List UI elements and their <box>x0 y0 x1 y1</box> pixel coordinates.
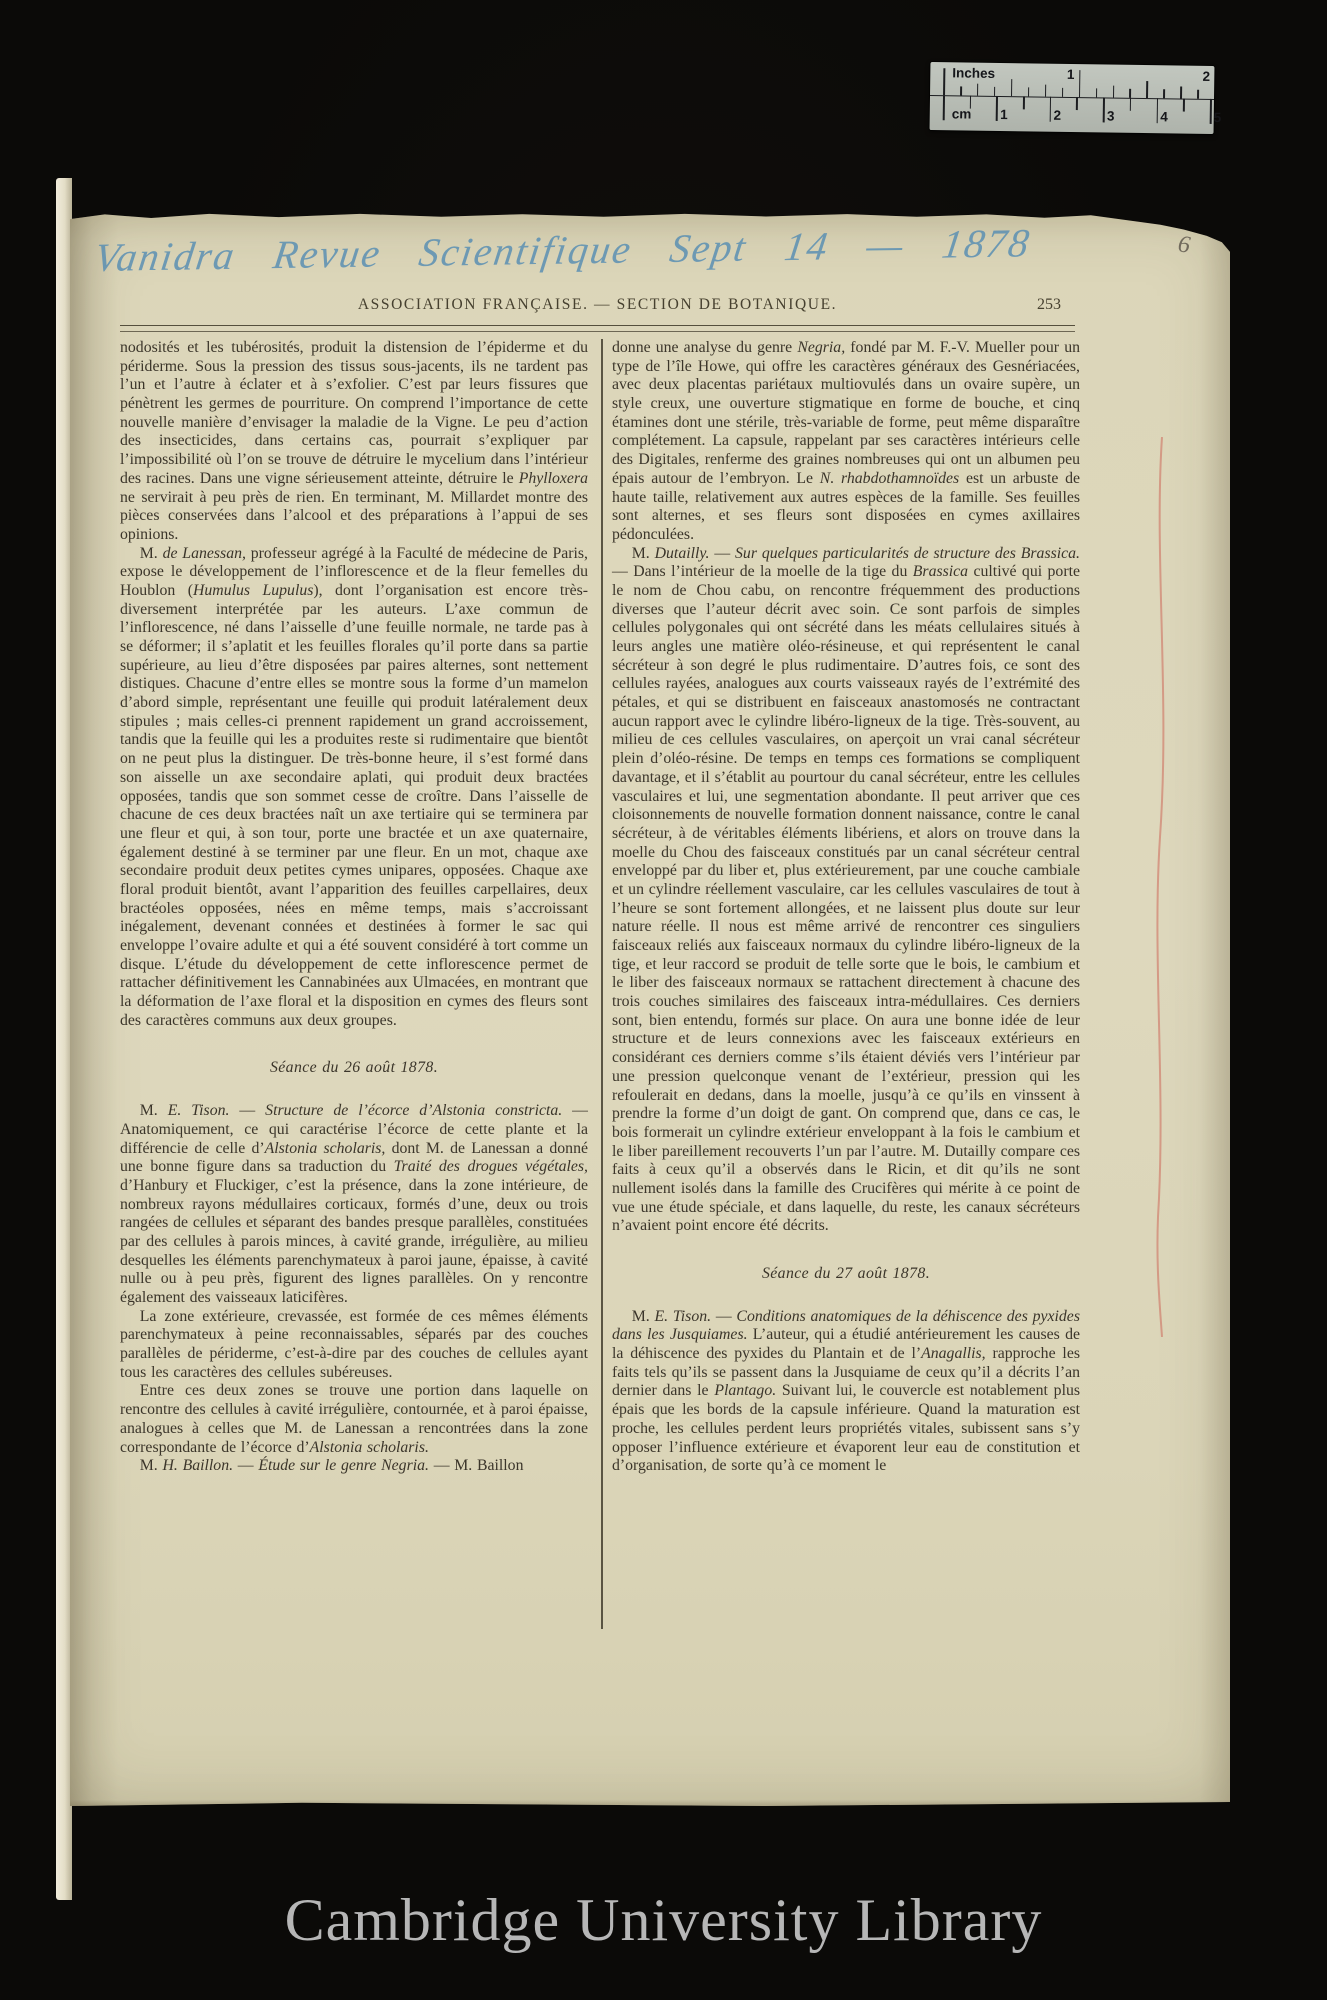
ruler-cm-number: 3 <box>1107 108 1115 123</box>
scan-background: { "scan": { "handwriting": "Vanidra Revu… <box>0 0 1327 2000</box>
page-edge-sliver <box>56 178 72 1900</box>
paragraph: M. E. Tison. — Structure de l’écorce d’A… <box>120 1102 588 1308</box>
paragraph: Entre ces deux zones se trouve une porti… <box>120 1382 588 1457</box>
ruler-cm-number: 2 <box>1053 108 1061 123</box>
ruler-tick <box>1028 87 1030 96</box>
ruler-tick <box>1163 89 1165 98</box>
ruler-tick <box>1076 97 1078 110</box>
ruler: Inches cm 1212345 <box>930 62 1215 134</box>
ruler-tick <box>1079 70 1081 97</box>
ruler-tick <box>977 84 979 96</box>
ruler-tick <box>1023 96 1025 109</box>
crease-line <box>1140 437 1180 1337</box>
ruler-cm-number: 1 <box>1000 107 1008 122</box>
ruler-tick <box>1180 87 1182 99</box>
session-heading: Séance du 26 août 1878. <box>120 1059 588 1078</box>
paragraph: M. E. Tison. — Conditions anatomiques de… <box>612 1308 1080 1476</box>
ruler-tick <box>996 96 998 121</box>
journal-page: Vanidra Revue Scientifique Sept 14 — 187… <box>70 212 1230 1806</box>
ruler-inch-number: 1 <box>1067 67 1075 82</box>
paragraph: nodosités et les tubérosités, produit la… <box>120 339 588 545</box>
running-header: ASSOCIATION FRANÇAISE. — SECTION DE BOTA… <box>120 296 1075 320</box>
ruler-tick <box>1045 85 1047 97</box>
ruler-tick <box>1096 88 1098 97</box>
ruler-tick <box>1183 99 1185 112</box>
ruler-tick <box>1210 99 1212 124</box>
ruler-cm-number: 4 <box>1160 109 1168 124</box>
ruler-tick <box>1049 97 1051 122</box>
ruler-tick <box>1113 86 1115 98</box>
paragraph: M. Dutailly. — Sur quelques particularit… <box>612 545 1080 1236</box>
ruler-midline <box>930 95 1214 100</box>
ruler-inch-number: 2 <box>1202 69 1210 84</box>
paragraph: donne une analyse du genre Negria, fondé… <box>612 339 1080 545</box>
ruler-tick <box>1146 81 1148 98</box>
library-watermark: Cambridge University Library <box>0 1886 1327 1955</box>
column-right: donne une analyse du genre Negria, fondé… <box>612 339 1080 1476</box>
ruler-tick <box>1103 97 1105 122</box>
ruler-tick <box>1011 79 1013 96</box>
header-rule <box>120 325 1075 332</box>
paragraph: M. H. Baillon. — Étude sur le genre Negr… <box>120 1457 588 1476</box>
ruler-tick <box>1130 98 1132 111</box>
session-heading: Séance du 27 août 1878. <box>612 1265 1080 1284</box>
handwriting-annotation: Vanidra Revue Scientifique Sept 14 — 187… <box>92 218 1109 281</box>
ruler-tick <box>1062 88 1064 97</box>
ruler-tick <box>994 87 996 96</box>
ruler-tick <box>960 86 962 95</box>
ruler-tick <box>1197 90 1199 99</box>
ruler-cm-number: 5 <box>1214 110 1222 125</box>
ruler-inches-label: Inches <box>952 65 995 81</box>
page-title: ASSOCIATION FRANÇAISE. — SECTION DE BOTA… <box>120 296 1075 314</box>
ruler-tick <box>1129 89 1131 98</box>
column-divider <box>601 339 603 1629</box>
ruler-tick <box>943 95 945 120</box>
ruler-tick <box>943 68 945 95</box>
ruler-tick <box>1156 98 1158 123</box>
paragraph: La zone extérieure, crevassée, est formé… <box>120 1308 588 1383</box>
page-number: 253 <box>1037 296 1061 314</box>
ruler-tick <box>970 96 972 109</box>
column-left: nodosités et les tubérosités, produit la… <box>120 339 588 1476</box>
paragraph: M. de Lanessan, professeur agrégé à la F… <box>120 545 588 1031</box>
pencil-folio-number: 6 <box>1176 231 1192 259</box>
ruler-cm-label: cm <box>952 106 972 121</box>
